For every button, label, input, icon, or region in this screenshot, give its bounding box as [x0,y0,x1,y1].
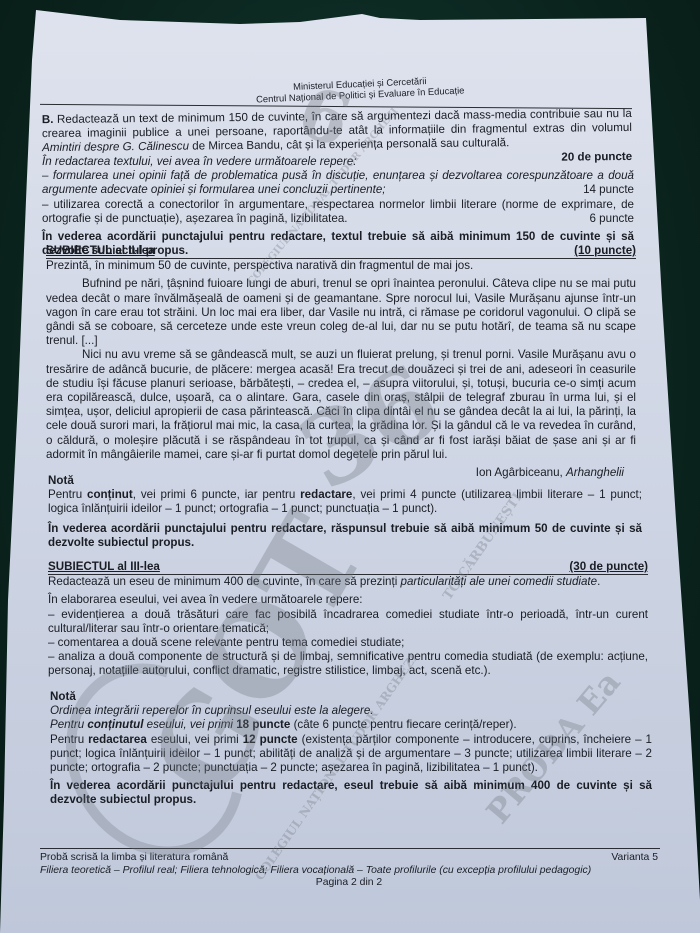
subject-3: SUBIECTUL al III-lea (30 de puncte) Reda… [48,560,648,679]
subject-3-requirement: În vederea acordării punctajului pentru … [50,779,652,807]
subject-2-heading: SUBIECTUL al II-lea (10 puncte) [46,244,636,259]
track-info: Filiera teoretică – Profilul real; Filie… [40,865,658,878]
page-number: Pagina 2 din 2 [40,877,658,890]
exam-page-content: Ministerul Educației și Cercetării Centr… [0,0,700,933]
variant-label: Varianta 5 [611,852,658,865]
subject-2-note: Notă Pentru conținut, vei primi 6 puncte… [48,474,642,550]
subject-2-points: (10 puncte) [574,244,636,258]
essay-guideline-1: – evidențierea a două trăsături care fac… [48,608,648,636]
subject-3-title: SUBIECTUL al III-lea [48,560,160,574]
footer-rule [40,848,660,849]
page-header: Ministerul Educației și Cercetării Centr… [230,72,491,105]
book-title: Amintiri despre G. Călinescu [42,140,189,155]
subject-1b-guidelines: În redactarea textului, vei avea în vede… [42,155,634,258]
excerpt-paragraph-1: Bufnind pe nări, țâșnind fuioare lungi d… [46,277,636,348]
page-footer: Probă scrisă la limba și literatura româ… [40,852,658,890]
excerpt-paragraph-2: Nici nu avu vreme să se gândească mult, … [46,348,636,462]
essay-guideline-3: – analiza a două componente de structură… [48,650,648,678]
subject-3-points: (30 de puncte) [569,560,648,574]
guideline-2: – utilizarea corectă a conectorilor în a… [42,198,634,226]
subject-2: SUBIECTUL al II-lea (10 puncte) Prezintă… [46,244,636,480]
subject-3-note: Notă Ordinea integrării reperelor în cup… [50,690,652,808]
subject-2-title: SUBIECTUL al II-lea [46,244,155,258]
guideline-1: – formularea unei opinii față de problem… [42,169,634,197]
subject-3-prompt: Redactează un eseu de minimum 400 de cuv… [48,575,648,589]
subject-2-prompt: Prezintă, în minimum 50 de cuvinte, pers… [46,259,636,273]
subject-3-heading: SUBIECTUL al III-lea (30 de puncte) [48,560,648,575]
exam-name: Probă scrisă la limba și literatura româ… [40,852,228,865]
essay-guideline-2: – comentarea a două scene relevante pent… [48,636,648,650]
subject-2-requirement: În vederea acordării punctajului pentru … [48,522,642,550]
